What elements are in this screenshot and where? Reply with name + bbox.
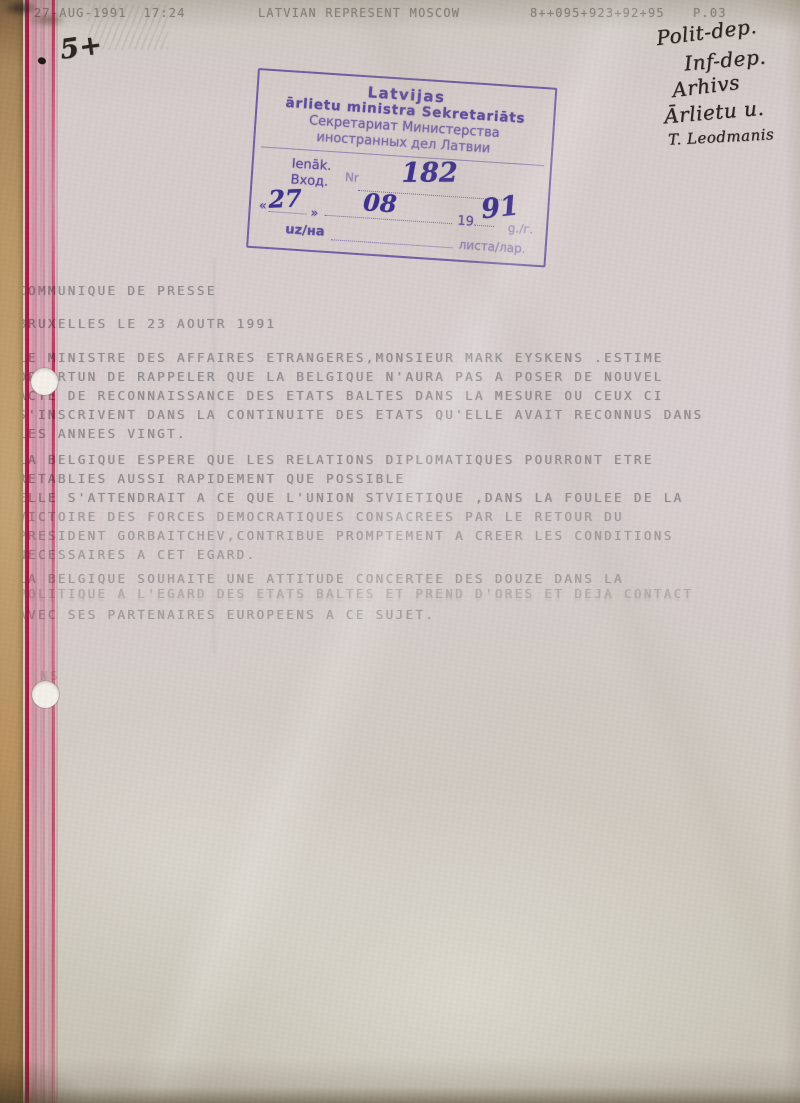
- typewriter-line: AVEC SES PARTENAIRES EUROPEENS A CE SUJE…: [18, 607, 435, 622]
- binding-stripe-line: [52, 0, 55, 1103]
- binding-stripe-line: [25, 0, 29, 1103]
- typewriter-line: VICTOIRE DES FORCES DEMOCRATIQUES CONSAC…: [18, 509, 624, 524]
- ink-blot: [0, 0, 64, 32]
- typewriter-line: LA BELGIQUE SOUHAITE UNE ATTITUDE CONCER…: [18, 571, 624, 586]
- typewriter-line: PRESIDENT GORBAITCHEV,CONTRIBUE PROMPTEM…: [18, 528, 674, 543]
- typewriter-line: S'INSCRIVENT DANS LA CONTINUITE DES ETAT…: [18, 407, 703, 422]
- typewriter-line: ACTE DE RECONNAISSANCE DES ETATS BALTES …: [18, 388, 664, 403]
- pencil-scratches: [88, 4, 168, 50]
- scan-edge-strip: [0, 0, 23, 1103]
- punch-hole: [32, 681, 59, 708]
- typewriter-line: POLITIQUE A L'EGARD DES ETATS BALTES ET …: [18, 586, 693, 601]
- typewriter-line: LA BELGIQUE ESPERE QUE LES RELATIONS DIP…: [18, 452, 654, 467]
- communique-body: COMMUNIQUE DE PRESSE BRUXELLES LE 23 AOU…: [0, 0, 800, 1103]
- punch-hole: [31, 368, 58, 395]
- typewriter-line: OPPORTUN DE RAPPELER QUE LA BELGIQUE N'A…: [18, 369, 664, 384]
- typewriter-line: LE MINISTRE DES AFFAIRES ETRANGERES,MONS…: [18, 350, 664, 365]
- scanned-fax-page: 27-AUG-1991 17:24 LATVIAN REPRESENT MOSC…: [0, 0, 800, 1103]
- typewriter-line: RETABLIES AUSSI RAPIDEMENT QUE POSSIBLE: [18, 471, 405, 486]
- typewriter-line: ELLE S'ATTENDRAIT A CE QUE L'UNION STVIE…: [18, 490, 683, 505]
